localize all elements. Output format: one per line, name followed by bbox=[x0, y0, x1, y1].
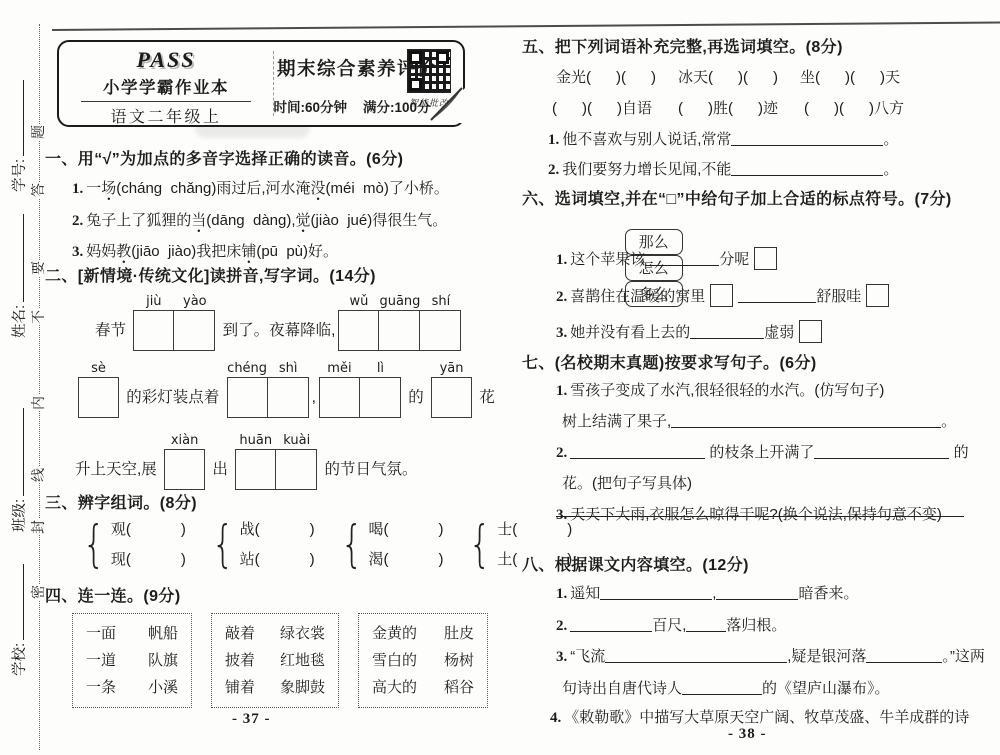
seal-char: 线 bbox=[24, 467, 52, 483]
pinyin-write-box: shí bbox=[420, 293, 461, 351]
s8-item1-text3: 暗香来。 bbox=[798, 585, 858, 602]
fill-blank bbox=[731, 131, 883, 146]
idiom-blank: 坐( )( )天 bbox=[800, 69, 900, 86]
s5-row2: ( )( )自语( )胜( )迹( )( )八方 bbox=[552, 97, 904, 118]
item-number: 1. bbox=[556, 383, 567, 399]
s8-item3-text3: 。”这两 bbox=[942, 648, 985, 665]
punctuation-box bbox=[799, 320, 822, 343]
s8-item2-text2: 落归根。 bbox=[726, 617, 786, 634]
student-name-field: 姓名: bbox=[8, 193, 28, 338]
item-number: 1. bbox=[556, 586, 567, 602]
s5-item2-end: 。 bbox=[883, 161, 898, 178]
match-right: 帆船 bbox=[148, 620, 178, 647]
page-number-right: - 38 - bbox=[728, 726, 767, 743]
s6-item1-text: 这个苹果该 bbox=[570, 251, 645, 268]
class-blank bbox=[12, 408, 24, 496]
fill-blank bbox=[605, 648, 787, 663]
page-top-edge bbox=[52, 22, 1000, 32]
section6-title: 六、选词填空,并在“□”中给句子加上合适的标点符号。(7分) bbox=[522, 186, 952, 209]
write-box-group: sè bbox=[78, 360, 119, 418]
s7-item2-text3: 花。(把句子写具体) bbox=[562, 475, 692, 492]
match-left: 一面 bbox=[86, 620, 116, 647]
s5-item1-text: 他不喜欢与别人说话,常常 bbox=[562, 131, 731, 148]
s7-item1-line2: 树上结满了果子,。 bbox=[562, 410, 956, 431]
idiom-blank: ( )( )自语 bbox=[552, 100, 652, 117]
match-right: 小溪 bbox=[148, 674, 178, 701]
seal-char: 内 bbox=[24, 395, 52, 411]
pinyin-write-box: chéng bbox=[227, 360, 268, 418]
section3-title: 三、辨字组词。(8分) bbox=[45, 490, 197, 513]
student-name-label: 姓名: bbox=[12, 305, 28, 338]
s2-text: 的彩灯装点着 bbox=[122, 385, 224, 418]
s7-item3: 3.天天下大雨,衣服怎么晾得干呢?(换个说法,保持句意不变) bbox=[556, 503, 942, 524]
brand-block: PASS 小学学霸作业本 语文二年级上 bbox=[67, 47, 265, 127]
fill-blank bbox=[731, 161, 883, 176]
s1-item3: 3.妈妈教(jiāo jiào)我把床铺(pū pù)好。 bbox=[72, 240, 338, 261]
char-pair-group: {战( )站( ) bbox=[207, 518, 315, 569]
idiom-blank: 冰天( )( ) bbox=[678, 69, 778, 86]
exam-time: 时间:60分钟 bbox=[273, 96, 347, 116]
idiom-blank: ( )( )八方 bbox=[804, 100, 904, 117]
s8-item3-line2: 句诗出自唐代诗人的《望庐山瀑布》。 bbox=[562, 677, 890, 698]
s2-text: 的节日气氛。 bbox=[320, 457, 417, 490]
s2-line3: 升上天空,展 xiàn 出 huānkuài 的节日气氛。 bbox=[75, 432, 418, 490]
brace-icon: { bbox=[83, 519, 105, 569]
s6-item1-text2: 分呢 bbox=[719, 251, 749, 268]
s2-line1: 春节 jiùyào 到了。夜幕降临, wǔguāngshí bbox=[95, 293, 464, 351]
school-field: 学校: bbox=[8, 544, 28, 676]
item-number: 3. bbox=[72, 244, 83, 260]
s8-item1-text: 遥知 bbox=[570, 585, 600, 602]
write-box-group: měilì bbox=[319, 360, 401, 418]
s2-text: 出 bbox=[208, 457, 232, 490]
write-box-group: wǔguāngshí bbox=[338, 293, 461, 351]
item-number: 2. bbox=[548, 162, 559, 178]
student-id-field: 学号: bbox=[8, 60, 28, 192]
s6-item3-text2: 虚弱 bbox=[764, 324, 794, 341]
match-left: 金黄的 bbox=[372, 620, 417, 647]
fill-blank bbox=[671, 413, 941, 428]
s7-item2-text2: 的 bbox=[949, 444, 968, 461]
school-blank bbox=[12, 564, 24, 640]
brand-divider bbox=[81, 101, 251, 102]
student-name-blank bbox=[12, 214, 24, 302]
s2-line2: sè 的彩灯装点着 chéngshì , měilì 的 yān 花 bbox=[75, 360, 495, 418]
match-left: 雪白的 bbox=[372, 647, 417, 674]
item-number: 2. bbox=[556, 445, 567, 461]
exam-header-box: PASS 小学学霸作业本 语文二年级上 期末综合素养评价 时间:60分钟 满分:… bbox=[57, 40, 465, 127]
s6-item1: 1.这个苹果该分呢 bbox=[556, 247, 782, 270]
fill-blank bbox=[570, 617, 652, 632]
worksheet-scan: 题 答 要 不 内 线 封 密 学号: 姓名: 班级: 学校: PASS 小学学… bbox=[0, 0, 1000, 755]
match-right: 肚皮 bbox=[444, 620, 474, 647]
s8-item2-text: 百尺, bbox=[652, 617, 686, 634]
s1-item1-text: 一场(cháng chǎng)雨过后,河水淹没(méi mò)了小桥。 bbox=[86, 180, 449, 197]
s1-item2-text: 兔子上了狐狸的当(dāng dàng),觉(jiào jué)得很生气。 bbox=[86, 212, 447, 229]
punctuation-box bbox=[710, 284, 733, 307]
series-title: 小学学霸作业本 bbox=[67, 74, 265, 98]
section1-title: 一、用“√”为加点的多音字选择正确的读音。(6分) bbox=[45, 146, 403, 169]
seal-char: 不 bbox=[24, 309, 52, 325]
char-pair-group: {观( )现( ) bbox=[78, 518, 186, 569]
s6-item3-text: 她并没有看上去的 bbox=[570, 324, 690, 341]
pinyin-write-box: guāng bbox=[379, 293, 420, 351]
pair-top: 战( ) bbox=[240, 518, 315, 539]
s8-item2: 2.百尺,落归根。 bbox=[556, 614, 786, 635]
fill-blank bbox=[686, 617, 726, 632]
s8-item3-text5: 的《望庐山瀑布》。 bbox=[762, 680, 890, 697]
write-box-group: huānkuài bbox=[235, 432, 317, 490]
answer-line bbox=[556, 516, 964, 517]
match-right: 队旗 bbox=[148, 647, 178, 674]
match-right: 杨树 bbox=[444, 647, 474, 674]
s6-item2: 2.喜鹊住在温暖的窝里舒服哇 bbox=[556, 284, 894, 307]
s8-item3-text2: ,疑是银河落 bbox=[787, 648, 866, 665]
fill-blank bbox=[716, 585, 798, 600]
s5-item1: 1.他不喜欢与别人说话,常常。 bbox=[548, 128, 898, 149]
s6-item3: 3.她并没有看上去的虚弱 bbox=[556, 320, 827, 343]
fill-blank bbox=[570, 444, 705, 459]
item-number: 3. bbox=[556, 507, 567, 523]
s7-item2-text: 的枝条上开满了 bbox=[705, 444, 814, 461]
s1-item3-text: 妈妈教(jiāo jiào)我把床铺(pū pù)好。 bbox=[86, 243, 338, 260]
s2-text: 升上天空,展 bbox=[75, 457, 161, 490]
section7-title: 七、(名校期末真题)按要求写句子。(6分) bbox=[522, 350, 817, 373]
match-left: 披着 bbox=[225, 647, 255, 674]
match-box-1: 一面帆船 一道队旗 一条小溪 bbox=[72, 613, 192, 708]
section4-title: 四、连一连。(9分) bbox=[45, 583, 181, 606]
s5-item2-text: 我们要努力增长见闻,不能 bbox=[562, 161, 731, 178]
pass-logo: PASS bbox=[67, 47, 265, 73]
s3-groups: {观( )现( ) {战( )站( ) {喝( )渴( ) {士( )土( ) bbox=[78, 518, 593, 569]
match-left: 一条 bbox=[86, 674, 116, 701]
punctuation-box bbox=[866, 284, 889, 307]
s2-text: , bbox=[312, 389, 316, 418]
match-right: 绿衣裳 bbox=[280, 620, 325, 647]
pair-bottom: 现( ) bbox=[111, 548, 186, 569]
pinyin-write-box: yān bbox=[431, 360, 472, 418]
s2-text: 的 bbox=[404, 385, 428, 418]
section5-title: 五、把下列词语补充完整,再选词填空。(8分) bbox=[522, 34, 843, 57]
pair-bottom: 渴( ) bbox=[368, 548, 443, 569]
s8-item3-text4: 句诗出自唐代诗人 bbox=[562, 680, 682, 697]
item-number: 2. bbox=[556, 618, 567, 634]
fill-blank bbox=[690, 324, 764, 339]
pinyin-write-box: jiù bbox=[133, 293, 174, 351]
idiom-blank: ( )胜( )迹 bbox=[678, 100, 778, 117]
s6-item2-text: 喜鹊住在温暖的窝里 bbox=[570, 288, 705, 305]
item-number: 1. bbox=[548, 132, 559, 148]
seal-char: 答 bbox=[24, 182, 52, 198]
item-number: 4. bbox=[550, 710, 561, 726]
match-left: 敲着 bbox=[225, 620, 255, 647]
write-box-group: xiàn bbox=[164, 432, 205, 490]
s1-item2: 2.兔子上了狐狸的当(dāng dàng),觉(jiào jué)得很生气。 bbox=[72, 209, 447, 230]
match-right: 红地毯 bbox=[280, 647, 325, 674]
item-number: 1. bbox=[556, 252, 567, 268]
write-box-group: jiùyào bbox=[133, 293, 215, 351]
s7-item1-end: 。 bbox=[941, 413, 956, 430]
pinyin-write-box: shì bbox=[268, 360, 309, 418]
s2-text: 花 bbox=[475, 385, 495, 418]
pinyin-write-box: lì bbox=[360, 360, 401, 418]
pair-top: 观( ) bbox=[111, 518, 186, 539]
pinyin-write-box: wǔ bbox=[338, 293, 379, 351]
match-left: 铺着 bbox=[225, 674, 255, 701]
student-id-label: 学号: bbox=[12, 159, 28, 192]
pinyin-write-box: měi bbox=[319, 360, 360, 418]
item-number: 2. bbox=[556, 289, 567, 305]
subject-title: 语文二年级上 bbox=[67, 104, 265, 127]
item-number: 1. bbox=[72, 181, 83, 197]
section2-title: 二、[新情境·传统文化]读拼音,写字词。(14分) bbox=[45, 263, 376, 286]
s6-item2-text2: 舒服哇 bbox=[816, 288, 861, 305]
s5-item2: 2.我们要努力增长见闻,不能。 bbox=[548, 158, 898, 179]
fill-blank bbox=[866, 648, 942, 663]
s7-item3-text: 天天下大雨,衣服怎么晾得干呢?(换个说法,保持句意不变) bbox=[570, 506, 942, 523]
match-box-2: 敲着绿衣裳 披着红地毯 铺着象脚鼓 bbox=[211, 613, 339, 708]
seal-char: 题 bbox=[24, 124, 52, 140]
s7-item1-text2: 树上结满了果子, bbox=[562, 413, 671, 430]
s5-item1-end: 。 bbox=[883, 131, 898, 148]
pair-bottom: 站( ) bbox=[240, 548, 315, 569]
fill-blank bbox=[645, 251, 719, 266]
s8-item4-text: 《敕勒歌》中描写大草原天空广阔、牧草茂盛、牛羊成群的诗 bbox=[564, 709, 969, 726]
fill-blank bbox=[738, 288, 816, 303]
match-box-3: 金黄的肚皮 雪白的杨树 高大的稻谷 bbox=[358, 613, 488, 708]
s7-item1-text: 雪孩子变成了水汽,很轻很轻的水汽。(仿写句子) bbox=[570, 382, 884, 399]
s5-row1: 金光( )( )冰天( )( )坐( )( )天 bbox=[556, 66, 900, 87]
student-id-blank bbox=[12, 80, 24, 156]
idiom-blank: 金光( )( ) bbox=[556, 69, 656, 86]
pinyin-write-box: sè bbox=[78, 360, 119, 418]
write-box-group: chéngshì bbox=[227, 360, 309, 418]
fill-blank bbox=[682, 680, 762, 695]
match-left: 一道 bbox=[86, 647, 116, 674]
dogear-fold-icon bbox=[428, 85, 466, 128]
s1-item1: 1.一场(cháng chǎng)雨过后,河水淹没(méi mò)了小桥。 bbox=[72, 177, 449, 198]
brace-icon: { bbox=[340, 519, 362, 569]
match-right: 象脚鼓 bbox=[280, 674, 325, 701]
seal-char: 封 bbox=[24, 519, 52, 535]
school-label: 学校: bbox=[12, 643, 28, 676]
pinyin-write-box: xiàn bbox=[164, 432, 205, 490]
s7-item2-line2: 花。(把句子写具体) bbox=[562, 472, 692, 493]
match-left: 高大的 bbox=[372, 674, 417, 701]
brace-icon: { bbox=[469, 519, 491, 569]
s8-item4: 4.《敕勒歌》中描写大草原天空广阔、牧草茂盛、牛羊成群的诗 bbox=[550, 706, 969, 727]
s8-item1: 1.遥知,暗香来。 bbox=[556, 582, 858, 603]
pinyin-write-box: kuài bbox=[276, 432, 317, 490]
brace-icon: { bbox=[212, 519, 234, 569]
s2-text: 春节 bbox=[95, 318, 130, 351]
pair-top: 喝( ) bbox=[368, 518, 443, 539]
page-number-left: - 37 - bbox=[232, 711, 271, 728]
item-number: 2. bbox=[72, 213, 83, 229]
fill-blank bbox=[600, 585, 712, 600]
write-box-group: yān bbox=[431, 360, 472, 418]
class-label: 班级: bbox=[12, 499, 28, 532]
pinyin-write-box: yào bbox=[174, 293, 215, 351]
item-number: 3. bbox=[556, 649, 567, 665]
s8-item3-text: “飞流 bbox=[570, 648, 605, 665]
s4-boxes: 一面帆船 一道队旗 一条小溪 敲着绿衣裳 披着红地毯 铺着象脚鼓 金黄的肚皮 雪… bbox=[72, 613, 488, 708]
s8-item3-line1: 3.“飞流,疑是银河落。”这两 bbox=[556, 645, 985, 666]
class-field: 班级: bbox=[8, 387, 28, 532]
char-pair-group: {喝( )渴( ) bbox=[336, 518, 444, 569]
fill-blank bbox=[814, 444, 949, 459]
pinyin-write-box: huān bbox=[235, 432, 276, 490]
s7-item2-line1: 2. 的枝条上开满了 的 bbox=[556, 441, 969, 462]
s2-text: 到了。夜幕降临, bbox=[218, 318, 335, 351]
item-number: 3. bbox=[556, 325, 567, 341]
punctuation-box bbox=[754, 247, 777, 270]
section8-title: 八、根据课文内容填空。(12分) bbox=[522, 552, 749, 575]
match-right: 稻谷 bbox=[444, 674, 474, 701]
s7-item1-line1: 1.雪孩子变成了水汽,很轻很轻的水汽。(仿写句子) bbox=[556, 379, 884, 400]
